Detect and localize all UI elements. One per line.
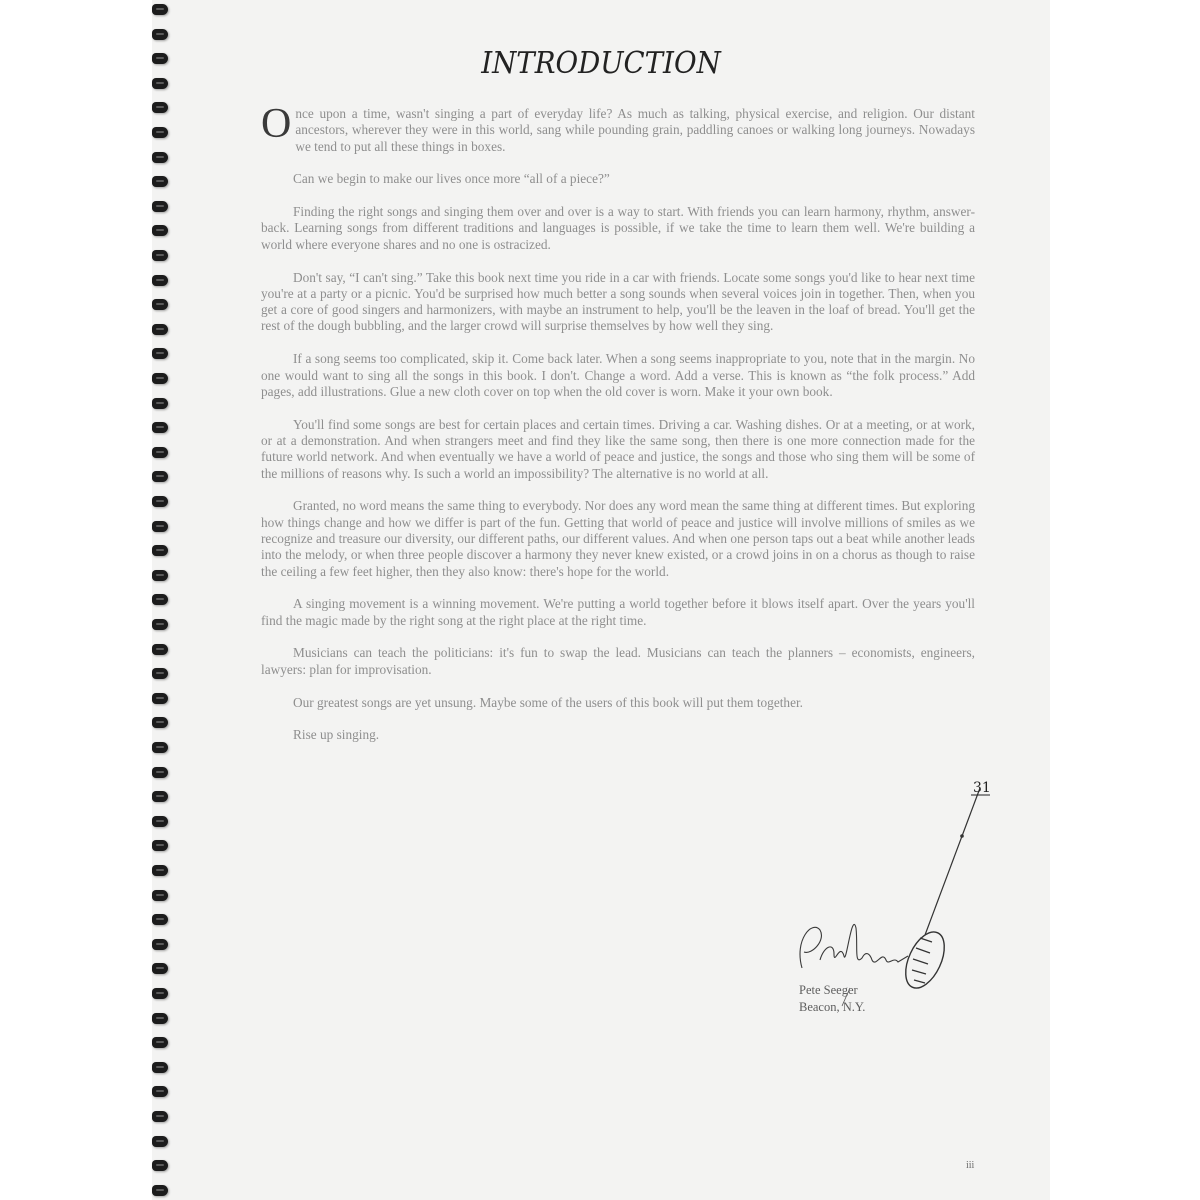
paragraph-9: Musicians can teach the politicians: it'… [261, 645, 975, 678]
spiral-coil [152, 127, 168, 138]
signature-mark: 31 [973, 780, 990, 796]
spiral-coil [152, 717, 168, 728]
spiral-coil [152, 102, 168, 113]
spiral-coil [152, 496, 168, 507]
spiral-coil [152, 1185, 168, 1196]
spiral-coil [152, 78, 168, 89]
spiral-coil [152, 914, 168, 925]
spiral-coil [152, 471, 168, 482]
spiral-coil [152, 250, 168, 261]
spiral-coil [152, 176, 168, 187]
paragraph-11: Rise up singing. [261, 727, 975, 743]
spiral-coil [152, 840, 168, 851]
spiral-coil [152, 324, 168, 335]
spiral-coil [152, 963, 168, 974]
spiral-coil [152, 275, 168, 286]
spiral-coil [152, 1111, 168, 1122]
spiral-coil [152, 890, 168, 901]
spiral-coil [152, 570, 168, 581]
spiral-coil [152, 1086, 168, 1097]
paragraph-10: Our greatest songs are yet unsung. Maybe… [261, 695, 975, 711]
spiral-coil [152, 693, 168, 704]
signature-block: Pete Seeger Beacon, N.Y. [799, 982, 865, 1016]
spiral-coil [152, 373, 168, 384]
paragraph-6: You'll find some songs are best for cert… [261, 417, 975, 482]
spiral-coil [152, 201, 168, 212]
author-name: Pete Seeger [799, 982, 865, 999]
spiral-coil [152, 1062, 168, 1073]
paragraph-8: A singing movement is a winning movement… [261, 596, 975, 629]
author-location: Beacon, N.Y. [799, 999, 865, 1016]
spiral-coil [152, 225, 168, 236]
spiral-coil [152, 1013, 168, 1024]
spiral-coil [152, 791, 168, 802]
spiral-coil [152, 644, 168, 655]
spiral-coil [152, 1136, 168, 1147]
paragraph-3: Finding the right songs and singing them… [261, 204, 975, 253]
spiral-coil [152, 816, 168, 827]
spiral-coil [152, 422, 168, 433]
spiral-coil [152, 594, 168, 605]
page-number: iii [966, 1160, 974, 1171]
paragraph-2: Can we begin to make our lives once more… [261, 171, 975, 187]
spiral-coil [152, 4, 168, 15]
spiral-binding [150, 0, 172, 1200]
spiral-coil [152, 152, 168, 163]
spiral-coil [152, 1037, 168, 1048]
spiral-coil [152, 521, 168, 532]
spiral-coil [152, 742, 168, 753]
spiral-coil [152, 668, 168, 679]
drop-cap: O [261, 108, 291, 140]
spiral-coil [152, 348, 168, 359]
spiral-coil [152, 29, 168, 40]
introduction-body: Once upon a time, wasn't singing a part … [261, 106, 975, 760]
spiral-coil [152, 53, 168, 64]
spiral-coil [152, 447, 168, 458]
paragraph-5: If a song seems too complicated, skip it… [261, 351, 975, 400]
spiral-coil [152, 299, 168, 310]
spiral-coil [152, 398, 168, 409]
paragraph-1: Once upon a time, wasn't singing a part … [261, 106, 975, 155]
spiral-coil [152, 988, 168, 999]
spiral-coil [152, 545, 168, 556]
spiral-coil [152, 939, 168, 950]
spiral-coil [152, 767, 168, 778]
spiral-coil [152, 865, 168, 876]
spiral-coil [152, 619, 168, 630]
spiral-coil [152, 1160, 168, 1171]
page-title: INTRODUCTION [188, 46, 1014, 81]
paragraph-4: Don't say, “I can't sing.” Take this boo… [261, 270, 975, 335]
paragraph-7: Granted, no word means the same thing to… [261, 498, 975, 579]
